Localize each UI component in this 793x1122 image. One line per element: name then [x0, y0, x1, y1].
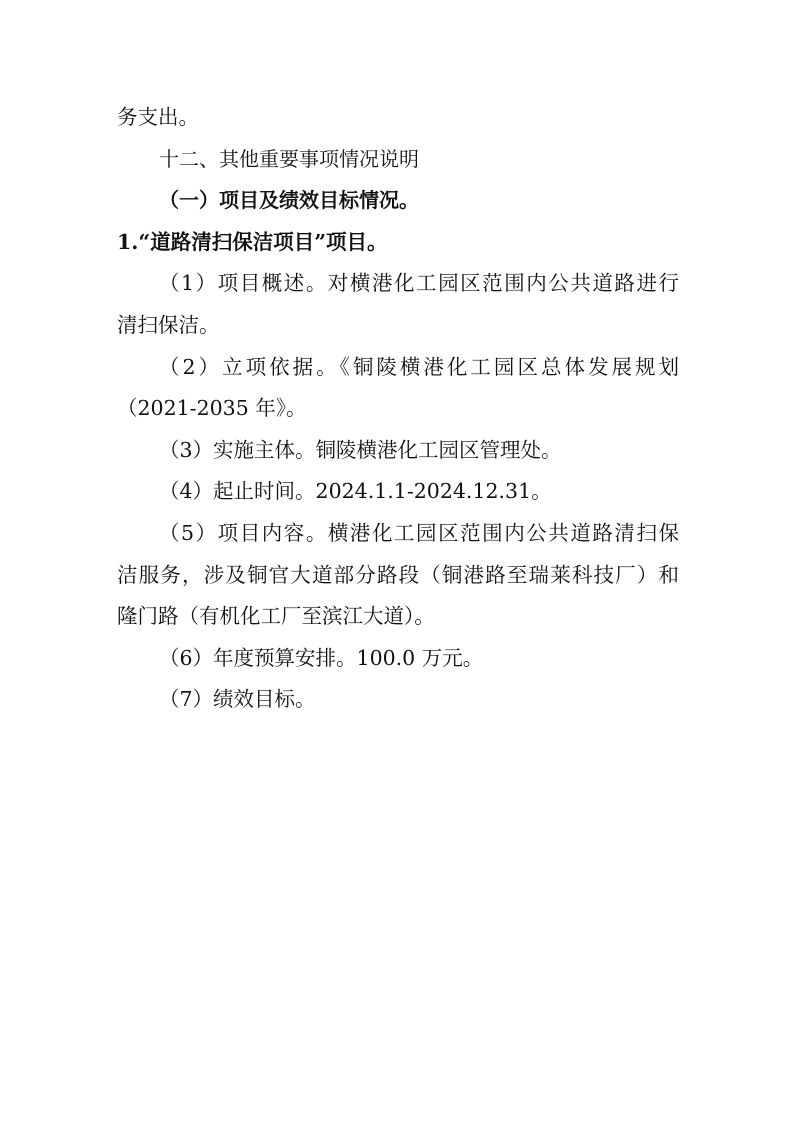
item-content-line3: 隆门路（有机化工厂至滨江大道）。: [117, 596, 679, 638]
document-page: 务支出。 十二、其他重要事项情况说明 （一）项目及绩效目标情况。 1.“道路清扫…: [117, 97, 679, 721]
item-entity: （3）实施主体。铜陵横港化工园区管理处。: [117, 430, 679, 472]
item-basis-line2: （2021-2035 年》。: [117, 388, 679, 430]
item-period: （4）起止时间。2024.1.1-2024.12.31。: [117, 471, 679, 513]
item-goals: （7）绩效目标。: [117, 679, 679, 721]
item-content-line2: 洁服务，涉及铜官大道部分路段（铜港路至瑞莱科技厂）和: [117, 555, 679, 597]
paragraph-continuation: 务支出。: [117, 97, 679, 139]
item-content-line1: （5）项目内容。横港化工园区范围内公共道路清扫保: [117, 513, 679, 555]
item-overview-line2: 清扫保洁。: [117, 305, 679, 347]
item-basis-line1: （2）立项依据。《铜陵横港化工园区总体发展规划: [117, 347, 679, 389]
subsection-heading: （一）项目及绩效目标情况。: [117, 180, 679, 222]
item-budget: （6）年度预算安排。100.0 万元。: [117, 638, 679, 680]
section-heading: 十二、其他重要事项情况说明: [117, 139, 679, 181]
item-overview-line1: （1）项目概述。对横港化工园区范围内公共道路进行: [117, 263, 679, 305]
project-title: 1.“道路清扫保洁项目”项目。: [117, 222, 679, 264]
